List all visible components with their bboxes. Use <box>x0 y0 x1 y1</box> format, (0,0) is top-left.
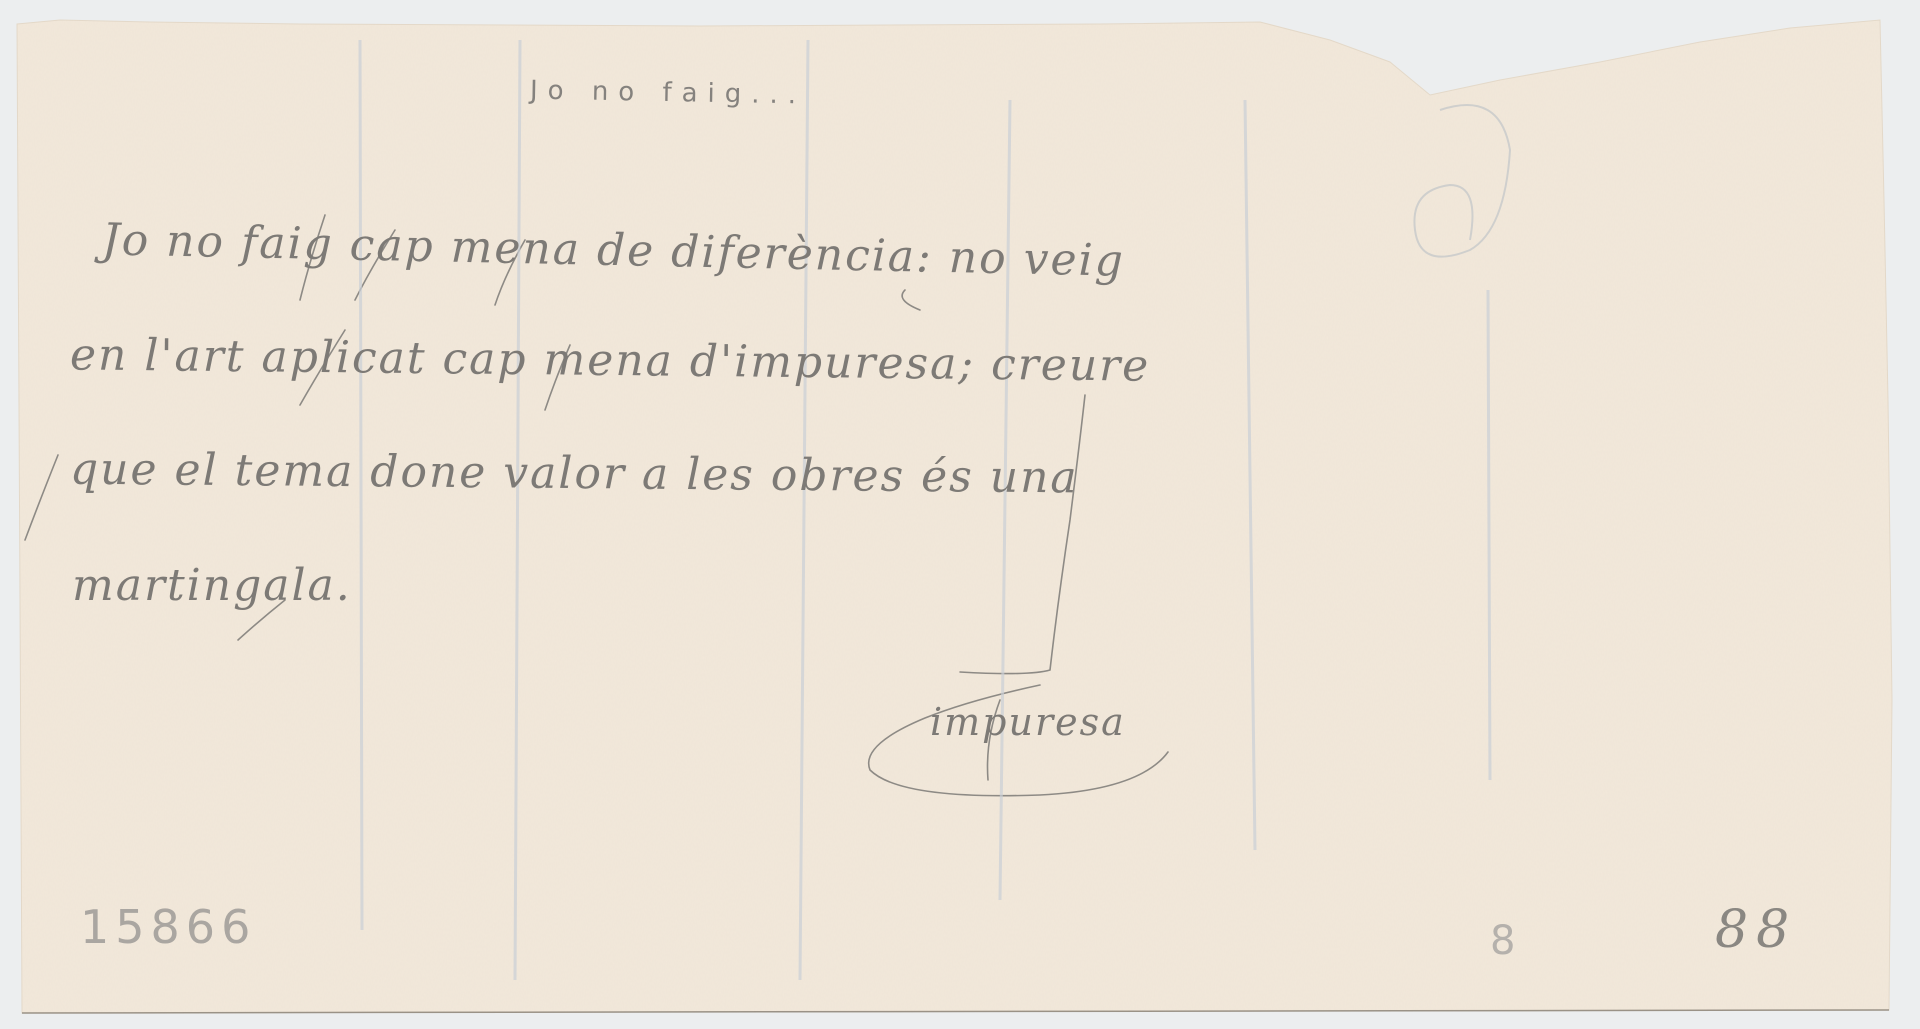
inventory-number: 15866 <box>80 900 256 954</box>
page-mark-center: 8 <box>1490 918 1517 964</box>
paper-sheet <box>0 0 1920 1029</box>
page-number: 88 <box>1715 900 1797 960</box>
note-line-3: que el tema done valor a les obres és un… <box>70 444 1079 504</box>
circled-annotation: impuresa <box>930 700 1126 744</box>
note-heading: Jo no faig... <box>530 76 807 111</box>
note-line-4: martingala. <box>72 560 352 611</box>
